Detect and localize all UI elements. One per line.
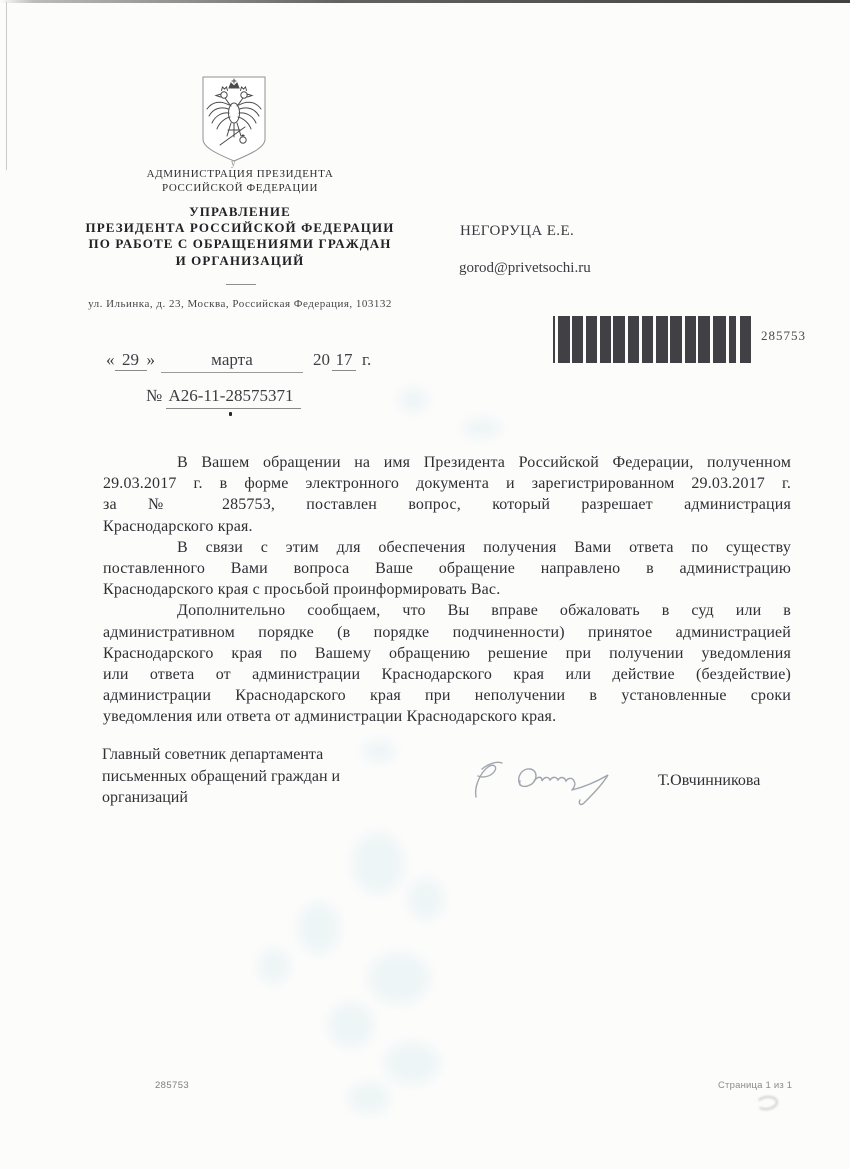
scan-ink-speckle — [384, 1042, 440, 1084]
body-line: Краснодарского края. — [103, 516, 791, 537]
department-line-3: ПО РАБОТЕ С ОБРАЩЕНИЯМИ ГРАЖДАН — [40, 236, 440, 252]
signer-name: Т.Овчинникова — [658, 772, 760, 790]
scan-edge-artifact-left — [6, 2, 7, 170]
barcode-bar — [740, 316, 751, 363]
administration-title: АДМИНИСТРАЦИЯ ПРЕЗИДЕНТА РОССИЙСКОЙ ФЕДЕ… — [60, 168, 420, 195]
body-line: уведомления или ответа от администрации … — [103, 706, 791, 727]
letter-body: В Вашем обращении на имя Президента Росс… — [103, 452, 791, 728]
body-line: Дополнительно сообщаем, что Вы вправе об… — [103, 600, 791, 621]
department-line-4: И ОРГАНИЗАЦИЙ — [40, 253, 440, 269]
department-line-1: УПРАВЛЕНИЕ — [40, 204, 440, 220]
emblem-tail-mark: у — [231, 158, 236, 168]
signer-title-line-2: письменных обращений граждан и — [102, 766, 382, 788]
russia-coat-of-arms-icon — [198, 74, 270, 166]
recipient-name: НЕГОРУЦА Е.Е. — [460, 223, 574, 240]
barcode-bar — [613, 316, 625, 363]
body-line: Краснодарского края по Вашему обращению … — [103, 643, 791, 664]
footer-doc-id: 285753 — [155, 1080, 189, 1091]
body-line: администрации Краснодарского края при не… — [103, 685, 791, 706]
barcode-bar — [656, 316, 668, 363]
scan-ink-speckle — [368, 952, 430, 1004]
barcode-bar — [642, 316, 653, 363]
body-line: за № 285753, поставлен вопрос, который р… — [103, 494, 791, 515]
date-era-suffix: г. — [362, 350, 371, 369]
scanned-letter-page: у АДМИНИСТРАЦИЯ ПРЕЗИДЕНТА РОССИЙСКОЙ ФЕ… — [0, 0, 850, 1169]
body-line: административном порядке (в порядке подч… — [103, 622, 791, 643]
scan-edge-artifact-top — [0, 0, 850, 3]
handwritten-signature — [462, 745, 652, 818]
barcode-bar — [628, 316, 639, 363]
document-number-prefix: № — [146, 386, 162, 405]
body-line: 29.03.2017 г. в форме электронного докум… — [103, 473, 791, 494]
signer-title-line-3: организаций — [102, 787, 382, 809]
barcode-bar — [685, 316, 696, 363]
department-line-2: ПРЕЗИДЕНТА РОССИЙСКОЙ ФЕДЕРАЦИИ — [40, 220, 440, 236]
date-day: 29 — [115, 350, 147, 371]
body-line: В связи с этим для обеспечения получения… — [103, 537, 791, 558]
document-number-value: А26-11-28575371 — [166, 386, 301, 409]
administration-line-2: РОССИЙСКОЙ ФЕДЕРАЦИИ — [60, 182, 420, 196]
body-line: В Вашем обращении на имя Президента Росс… — [103, 452, 791, 473]
body-line: или ответа от администрации Краснодарско… — [103, 664, 791, 685]
barcode-bar — [729, 316, 736, 363]
barcode-bar — [698, 316, 710, 363]
scan-ink-speckle — [352, 832, 404, 894]
date-month: марта — [161, 350, 303, 373]
barcode-bar — [586, 316, 597, 363]
administration-line-1: АДМИНИСТРАЦИЯ ПРЕЗИДЕНТА — [60, 168, 420, 182]
date-century: 20 — [313, 350, 330, 369]
signer-title: Главный советник департамента письменных… — [102, 744, 382, 809]
letterhead-address: ул. Ильинка, д. 23, Москва, Российская Ф… — [40, 298, 440, 310]
registration-barcode — [553, 316, 751, 363]
scan-ink-speckle — [258, 948, 290, 984]
scan-ink-speckle — [298, 902, 340, 954]
scan-ink-speckle — [408, 878, 444, 920]
barcode-bar — [670, 316, 682, 363]
scan-ink-speckle — [462, 418, 502, 438]
recipient-email: gorod@privetsochi.ru — [459, 260, 591, 277]
body-line: поставленного Вами вопроса Ваше обращени… — [103, 558, 791, 579]
date-open-quote: « — [106, 350, 115, 369]
date-close-quote: » — [147, 350, 156, 369]
footer-page-info: Страница 1 из 1 — [718, 1080, 792, 1091]
letterhead-divider — [226, 284, 256, 285]
signer-title-line-1: Главный советник департамента — [102, 744, 382, 766]
date-year: 17 — [332, 350, 356, 371]
date-line: «29»марта2017г. — [106, 350, 371, 373]
scan-ink-speckle — [328, 1002, 374, 1048]
scan-smudge-artifact — [755, 1095, 779, 1112]
department-title: УПРАВЛЕНИЕ ПРЕЗИДЕНТА РОССИЙСКОЙ ФЕДЕРАЦ… — [40, 204, 440, 269]
scan-ink-speckle — [348, 1082, 390, 1114]
pen-dot-mark — [229, 412, 232, 416]
scan-ink-speckle — [398, 388, 428, 412]
document-number-line: № А26-11-28575371 — [146, 386, 301, 406]
barcode-bar — [572, 316, 583, 363]
barcode-bar — [558, 316, 570, 363]
barcode-bar — [553, 316, 555, 363]
body-line: Краснодарского края с просьбой проинформ… — [103, 579, 791, 600]
barcode-bar — [600, 316, 611, 363]
registration-number: 285753 — [761, 328, 806, 344]
barcode-bar — [713, 316, 726, 363]
